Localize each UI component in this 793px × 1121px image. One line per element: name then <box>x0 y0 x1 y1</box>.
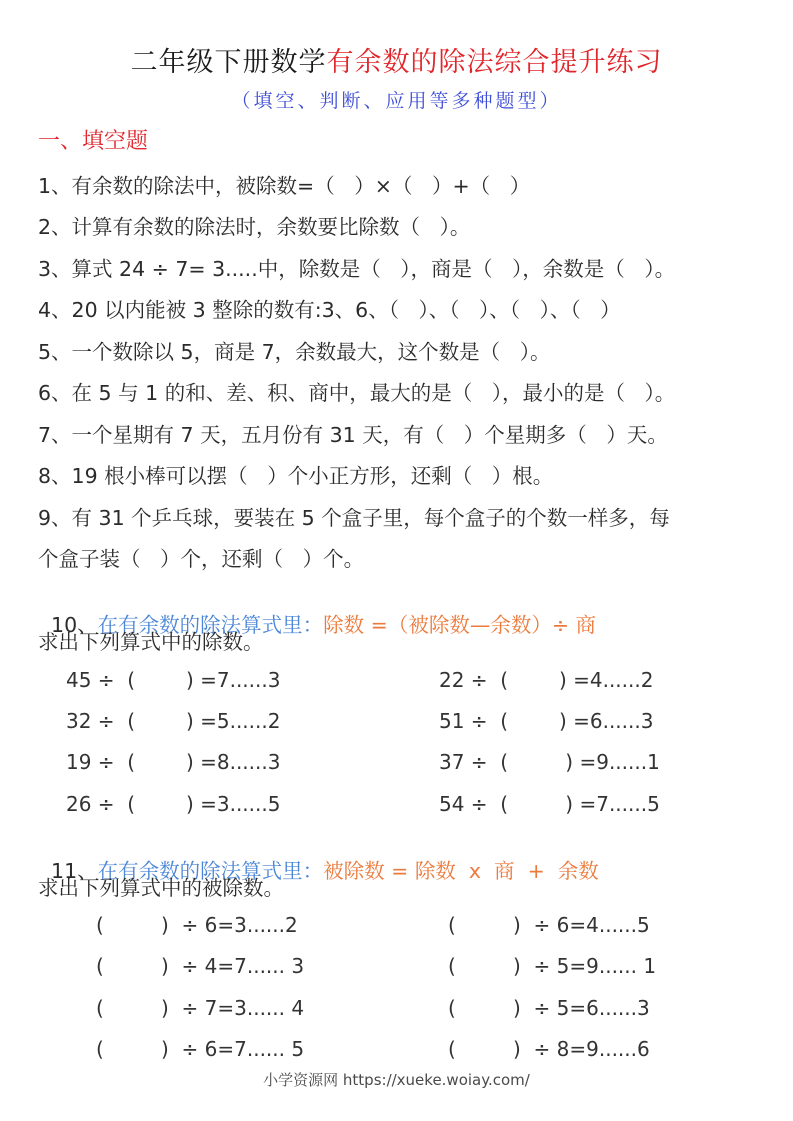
question-8: 8、19 根小棒可以摆（ ）个小正方形，还剩（ ）根。 <box>38 459 553 489</box>
q10-equation-left-2: 32 ÷ ( ) =5......2 <box>66 709 280 733</box>
footer-watermark: 小学资源网 https://xueke.woiay.com/ <box>0 1069 793 1090</box>
q11-equation-left-1: ( ) ÷ 6=3......2 <box>96 913 298 937</box>
q10-equation-left-4: 26 ÷ ( ) =3......5 <box>66 792 280 816</box>
q10-equation-right-1: 22 ÷ ( ) =4......2 <box>439 668 653 692</box>
document-title: 二年级下册数学有余数的除法综合提升练习 <box>0 40 793 79</box>
question-6: 6、在 5 与 1 的和、差、积、商中，最大的是（ ），最小的是（ ）。 <box>38 376 675 406</box>
q11-equation-right-2: ( ) ÷ 5=9...... 1 <box>448 954 656 978</box>
question-4: 4、20 以内能被 3 整除的数有:3、6、（ ）、（ ）、（ ）、（ ） <box>38 293 621 323</box>
q11-equation-right-4: ( ) ÷ 8=9......6 <box>448 1037 650 1061</box>
q11-equation-right-3: ( ) ÷ 5=6......3 <box>448 996 650 1020</box>
question-9-line-2: 个盒子装（ ）个，还剩（ ）个。 <box>38 542 364 572</box>
question-9-line-1: 9、有 31 个乒乓球，要装在 5 个盒子里，每个盒子的个数一样多，每 <box>38 501 670 531</box>
question-7: 7、一个星期有 7 天，五月份有 31 天，有（ ）个星期多（ ）天。 <box>38 418 668 448</box>
question-1: 1、有余数的除法中，被除数=（ ）×（ ）+（ ） <box>38 169 530 199</box>
q11-equation-left-3: ( ) ÷ 7=3...... 4 <box>96 996 304 1020</box>
question-2: 2、计算有余数的除法时，余数要比除数（ ）。 <box>38 210 470 240</box>
title-red-part: 有余数的除法综合提升练习 <box>327 47 663 78</box>
title-black-part: 二年级下册数学 <box>131 47 327 78</box>
question-5: 5、一个数除以 5，商是 7，余数最大，这个数是（ ）。 <box>38 335 550 365</box>
q10-equation-left-1: 45 ÷ ( ) =7......3 <box>66 668 280 692</box>
q11-equation-left-2: ( ) ÷ 4=7...... 3 <box>96 954 304 978</box>
question-3: 3、算式 24 ÷ 7= 3.....中，除数是（ ），商是（ ），余数是（ ）… <box>38 252 675 282</box>
q10-equation-right-4: 54 ÷ ( ) =7......5 <box>439 792 660 816</box>
section-heading-fill-in: 一、填空题 <box>38 124 148 155</box>
q10-equation-right-3: 37 ÷ ( ) =9......1 <box>439 750 660 774</box>
q10-equation-right-2: 51 ÷ ( ) =6......3 <box>439 709 653 733</box>
q11-equation-left-4: ( ) ÷ 6=7...... 5 <box>96 1037 304 1061</box>
document-subtitle: （填空、判断、应用等多种题型） <box>0 86 793 113</box>
q10-equation-left-3: 19 ÷ ( ) =8......3 <box>66 750 280 774</box>
q11-formula: 被除数 = 除数 x 商 + 余数 <box>323 859 599 883</box>
q11-equation-right-1: ( ) ÷ 6=4......5 <box>448 913 650 937</box>
q11-instruction: 求出下列算式中的被除数。 <box>38 871 284 901</box>
q10-formula: 除数 =（被除数—余数）÷ 商 <box>323 613 596 637</box>
q10-instruction: 求出下列算式中的除数。 <box>38 625 264 655</box>
